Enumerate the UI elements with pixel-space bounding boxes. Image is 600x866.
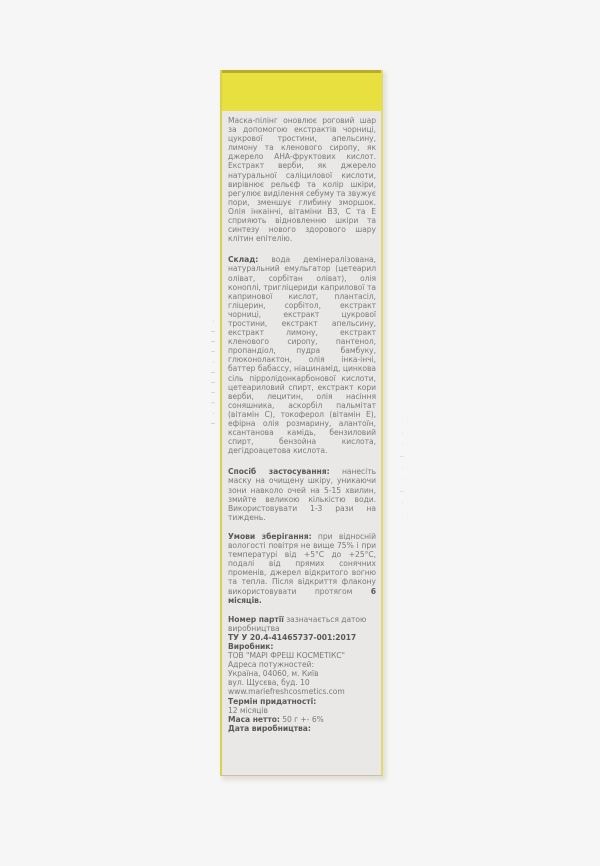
- production-date-label: Дата виробництва:: [228, 724, 376, 733]
- product-description: Маска-пілінг оновлює роговий шар за допо…: [228, 116, 376, 243]
- storage-label: Умови зберігання:: [228, 532, 312, 541]
- manufacturer-label: Виробник:: [228, 642, 376, 651]
- batch-line: Номер партії зазначається датою виробниц…: [228, 615, 376, 633]
- net-weight-value: 50 г +- 6%: [280, 715, 324, 724]
- manufacturer-info: Номер партії зазначається датою виробниц…: [228, 615, 376, 733]
- composition-label: Склад:: [228, 255, 258, 264]
- net-weight-line: Маса нетто: 50 г +- 6%: [228, 715, 376, 724]
- info-panel: Маска-пілінг оновлює роговий шар за допо…: [222, 111, 381, 775]
- usage-section: Спосіб застосування: нанесіть маску на о…: [228, 467, 376, 522]
- storage-section: Умови зберігання: при відносній вологост…: [228, 532, 376, 605]
- standard-code: ТУ У 20.4-41465737-001:2017: [228, 633, 376, 642]
- left-side-print: · ı ı ı · ı ı ı ı · ı: [209, 320, 217, 650]
- address-line-2: вул. Щусєва, буд. 10: [228, 678, 376, 687]
- usage-label: Спосіб застосування:: [228, 467, 330, 476]
- batch-label: Номер партії: [228, 615, 284, 624]
- product-box: Маска-пілінг оновлює роговий шар за допо…: [220, 70, 383, 776]
- manufacturer-company: ТОВ "МАРІ ФРЕШ КОСМЕТІКС": [228, 651, 376, 660]
- right-side-print: · · · ı · · ı · ·: [397, 420, 405, 680]
- address-label: Адреса потужностей:: [228, 660, 376, 669]
- website: www.mariefreshcosmetics.com: [228, 687, 376, 696]
- address-line-1: Україна, 04060, м. Київ: [228, 669, 376, 678]
- net-weight-label: Маса нетто:: [228, 715, 280, 724]
- shelf-life-value: 12 місяців: [228, 706, 376, 715]
- composition-section: Склад: вода демінералізована, натуральни…: [228, 255, 376, 455]
- yellow-band: [222, 73, 381, 111]
- shelf-life-label: Термін придатності:: [228, 697, 376, 706]
- usage-text: нанесіть маску на очищену шкіру, уникаюч…: [228, 467, 376, 521]
- composition-text: вода демінералізована, натуральний емуль…: [228, 255, 376, 455]
- storage-text: при відносній вологості повітря не вище …: [228, 532, 376, 596]
